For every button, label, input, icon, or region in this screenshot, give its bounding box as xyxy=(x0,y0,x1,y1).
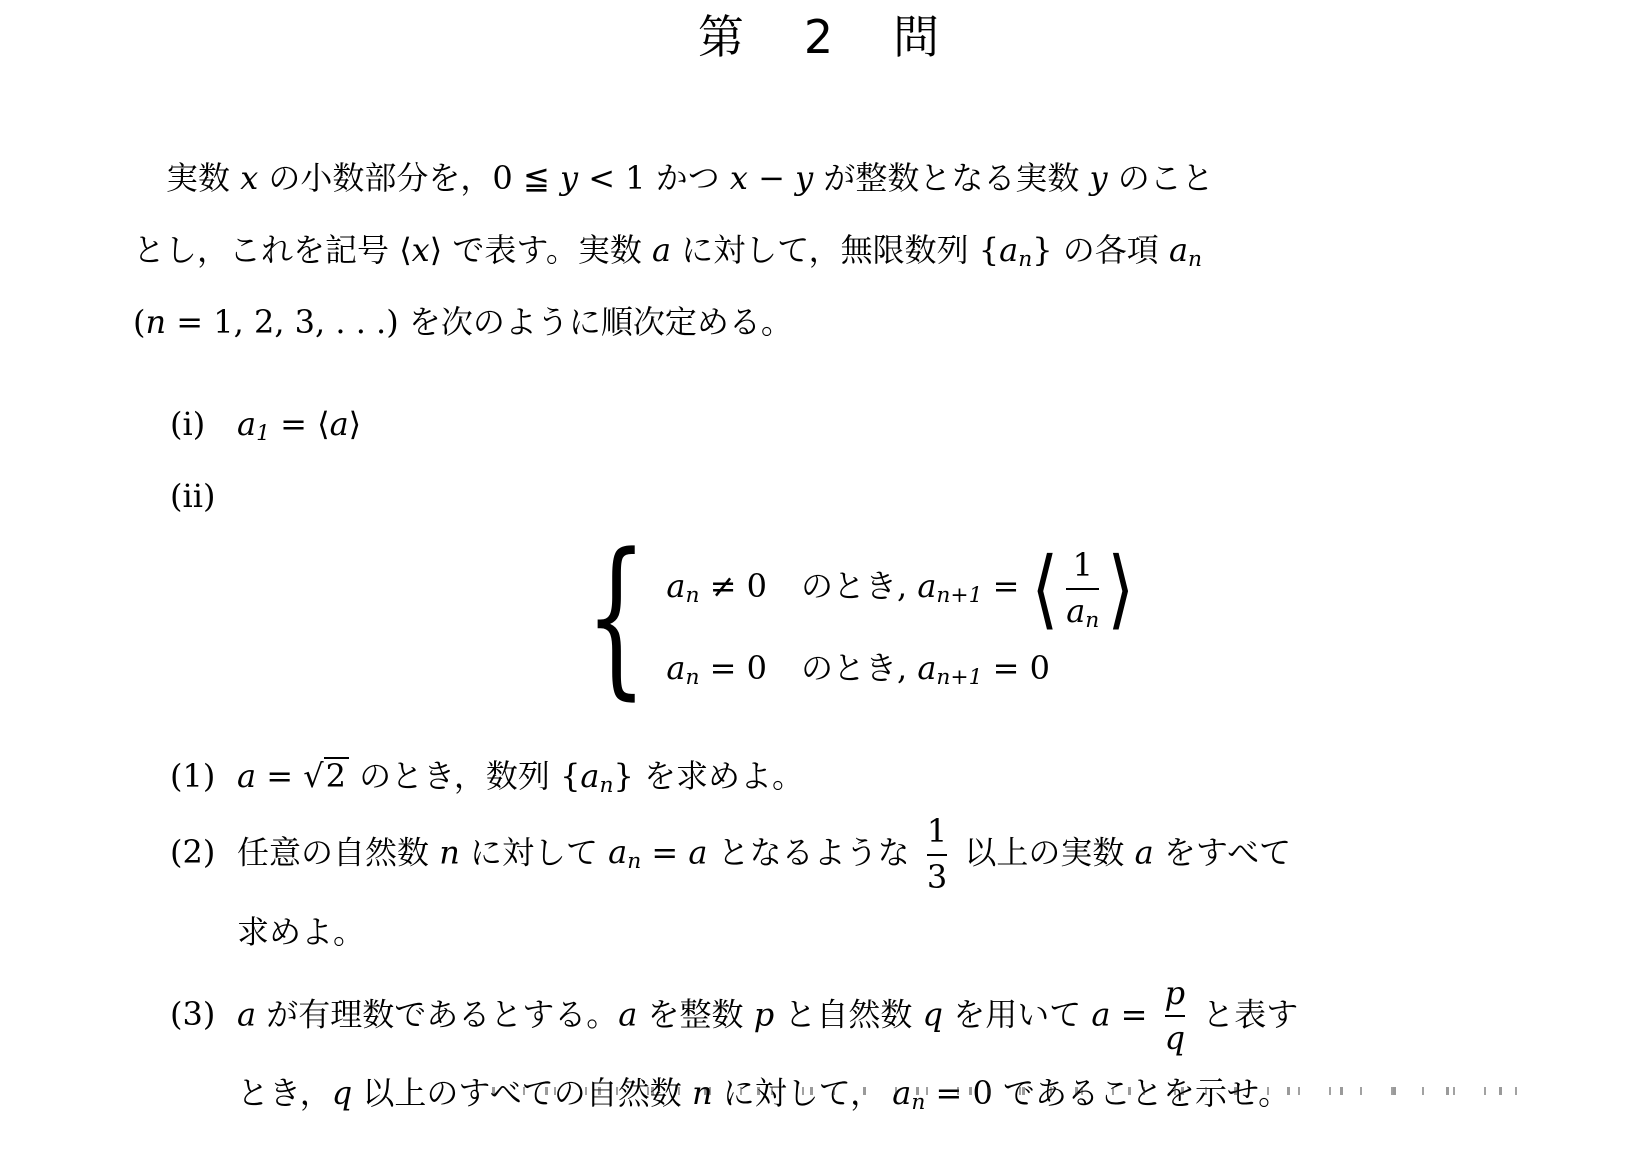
comma: , xyxy=(897,649,917,687)
text-run: となるような xyxy=(707,833,919,871)
text-run-continuation: 求めよ。 xyxy=(237,913,365,951)
comma: , xyxy=(897,567,917,605)
math-var-a: a xyxy=(666,649,685,687)
math-var-a: a xyxy=(1169,231,1188,269)
fraction-numerator: 1 xyxy=(1073,548,1093,584)
definition-items: (i)a1 = ⟨a⟩ (ii) { an ≠ 0のとき, an+1 = ⟨1a… xyxy=(133,388,1493,1129)
title-problem-number: 2 xyxy=(804,10,833,64)
right-brace: } xyxy=(614,757,634,795)
math-var-x: x xyxy=(412,231,430,269)
seq-term-an: an xyxy=(580,757,613,795)
fraction-denominator-q: q xyxy=(1165,1021,1185,1057)
radical-sign: √ xyxy=(303,757,323,795)
math-var-x: x xyxy=(240,159,258,197)
equals-sign: = xyxy=(256,757,303,795)
item-label: (1) xyxy=(170,740,237,812)
radicand: 2 xyxy=(324,757,349,794)
math-run: < 1 xyxy=(578,159,656,197)
text-run: が有理数であるとする。 xyxy=(256,995,618,1033)
fraction-denominator-an: an xyxy=(1066,594,1099,630)
math-var-a: a xyxy=(652,231,671,269)
definition-item-i: (i)a1 = ⟨a⟩ xyxy=(133,388,1493,460)
intro-line-1: 実数 x の小数部分を，0 ≦ y < 1 かつ x − y が整数となる実数 … xyxy=(133,142,1493,214)
text-run: を用いて xyxy=(943,995,1091,1033)
item-label: (i) xyxy=(170,388,237,460)
clipped-next-line-fragments xyxy=(492,1087,1534,1095)
seq-term-an1: an+1 xyxy=(917,649,982,687)
subscript-1: 1 xyxy=(256,421,270,446)
problem-body: 実数 x の小数部分を，0 ≦ y < 1 かつ x − y が整数となる実数 … xyxy=(133,142,1493,1129)
fraction-numerator: 1 xyxy=(927,814,947,850)
text-run: 実数 xyxy=(166,159,240,197)
math-var-q: q xyxy=(332,1074,352,1112)
math-var-a: a xyxy=(330,405,349,443)
sqrt-2: √2 xyxy=(303,757,349,795)
fraction-1-over-an: 1an xyxy=(1066,548,1099,630)
intro-line-3: (n = 1, 2, 3, . . .) を次のように順次定める。 xyxy=(133,286,1493,358)
text-run: 以上の実数 xyxy=(954,833,1134,871)
item-label: (2) xyxy=(170,816,237,888)
subscript-n: n xyxy=(685,583,699,608)
seq-term-an: an xyxy=(666,567,699,605)
math-run: 0 ≦ xyxy=(492,159,560,197)
math-var-a: a xyxy=(917,567,936,605)
title-char-mon: 問 xyxy=(893,10,939,64)
title-char-dai: 第 xyxy=(698,10,744,64)
fraction-numerator-p: p xyxy=(1165,976,1185,1012)
definition-item-ii-label: (ii) xyxy=(133,460,1493,532)
intro-line-2: とし，これを記号 ⟨x⟩ で表す。実数 a に対して，無限数列 {an} の各項… xyxy=(133,214,1493,286)
text-run: が整数となる実数 xyxy=(813,159,1089,197)
text-run: と表す xyxy=(1192,995,1298,1033)
math-var-n: n xyxy=(439,833,460,871)
math-var-a: a xyxy=(237,757,256,795)
big-left-angle-bracket: ⟨ xyxy=(1031,546,1058,632)
left-brace: { xyxy=(560,757,580,795)
item-label: (3) xyxy=(170,978,237,1050)
big-right-angle-bracket: ⟩ xyxy=(1108,546,1135,632)
fraction-1-over-3: 13 xyxy=(927,814,947,896)
item-label: (ii) xyxy=(170,460,237,532)
math-var-a: a xyxy=(237,995,256,1033)
right-angle-bracket: ⟩ xyxy=(430,231,442,269)
subscript-n-plus-1: n+1 xyxy=(936,583,982,608)
text-run: のこと xyxy=(1108,159,1214,197)
text-run: で表す。実数 xyxy=(442,231,652,269)
text-run: を求めよ。 xyxy=(634,757,804,795)
math-var-a: a xyxy=(618,995,637,1033)
math-var-y: y xyxy=(560,159,578,197)
fraction-p-over-q: pq xyxy=(1165,976,1185,1058)
seq-term-an: an xyxy=(608,833,641,871)
right-brace: } xyxy=(1032,231,1052,269)
text-run: 任意の自然数 xyxy=(237,833,439,871)
text-run: のとき，数列 xyxy=(349,757,560,795)
exam-page: 第2問 実数 x の小数部分を，0 ≦ y < 1 かつ x − y が整数とな… xyxy=(0,0,1637,1162)
right-angle-bracket: ⟩ xyxy=(349,405,361,443)
subscript-n: n xyxy=(600,773,614,798)
math-var-q: q xyxy=(923,995,943,1033)
minus-sign: − xyxy=(748,159,795,197)
left-angle-bracket: ⟨ xyxy=(399,231,411,269)
math-var-a: a xyxy=(237,405,256,443)
math-var-y: y xyxy=(795,159,813,197)
text-run: に対して，無限数列 xyxy=(671,231,979,269)
equals-sign: = xyxy=(641,833,688,871)
cases-row-1: an ≠ 0のとき, an+1 = ⟨1an⟩ xyxy=(666,536,1136,636)
text-run-continuation: とき， xyxy=(237,1074,332,1112)
equals-zero: = 0 xyxy=(982,649,1050,687)
big-left-curly-brace: { xyxy=(586,533,647,703)
subscript-n: n xyxy=(627,850,641,875)
math-var-n: n xyxy=(145,303,166,341)
cases-row-2: an = 0のとき, an+1 = 0 xyxy=(666,636,1136,700)
text-run: の小数部分を， xyxy=(258,159,492,197)
cases-rows: an ≠ 0のとき, an+1 = ⟨1an⟩ an = 0のとき, an+1 … xyxy=(666,536,1136,700)
seq-term-an1: an+1 xyxy=(917,567,982,605)
math-var-x: x xyxy=(730,159,748,197)
equals-sign: = xyxy=(982,567,1029,605)
seq-term-a1: a1 xyxy=(237,405,270,443)
fraction-bar xyxy=(1165,1015,1185,1017)
text-run: の各項 xyxy=(1053,231,1169,269)
not-equal-zero: ≠ 0 xyxy=(699,567,767,605)
subscript-n: n xyxy=(1018,247,1032,272)
subscript-n: n xyxy=(1188,247,1202,272)
equals-sign: = xyxy=(1110,995,1157,1033)
text-run: を整数 xyxy=(637,995,753,1033)
question-1: (1)a = √2 のとき，数列 {an} を求めよ。 xyxy=(133,740,1493,812)
question-3: (3)a が有理数であるとする。a を整数 p と自然数 q を用いて a = … xyxy=(133,976,1493,1130)
text-run: と自然数 xyxy=(774,995,922,1033)
text-when: のとき xyxy=(801,649,897,687)
left-brace: { xyxy=(979,231,999,269)
cases-block: { an ≠ 0のとき, an+1 = ⟨1an⟩ an = 0のとき, an+… xyxy=(578,536,1493,700)
math-var-a: a xyxy=(580,757,599,795)
math-var-y: y xyxy=(1090,159,1108,197)
equals-zero: = 0 xyxy=(699,649,767,687)
subscript-n: n xyxy=(1085,608,1099,633)
fraction-bar xyxy=(1066,588,1099,590)
intro-paragraph: 実数 x の小数部分を，0 ≦ y < 1 かつ x − y が整数となる実数 … xyxy=(133,142,1493,358)
text-run: かつ xyxy=(656,159,730,197)
math-var-p: p xyxy=(754,995,774,1033)
math-var-a: a xyxy=(666,567,685,605)
seq-term-an: an xyxy=(666,649,699,687)
left-angle-bracket: ⟨ xyxy=(317,405,329,443)
question-2: (2)任意の自然数 n に対して an = a となるような 13 以上の実数 … xyxy=(133,814,1493,968)
math-run: = 1, 2, 3, . . .) xyxy=(166,303,409,341)
seq-term-an: an xyxy=(999,231,1032,269)
fraction-denominator: 3 xyxy=(927,860,947,896)
seq-term-an: an xyxy=(1169,231,1202,269)
page-title: 第2問 xyxy=(0,0,1637,64)
math-var-a: a xyxy=(999,231,1018,269)
left-paren: ( xyxy=(133,303,145,341)
math-var-a: a xyxy=(1066,592,1085,630)
text-run: とし，これを記号 xyxy=(133,231,399,269)
math-var-a: a xyxy=(1091,995,1110,1033)
subscript-n: n xyxy=(685,665,699,690)
text-run: を次のように順次定める。 xyxy=(409,303,793,341)
equals-sign: = xyxy=(270,405,317,443)
fraction-bar xyxy=(927,854,947,856)
subscript-n-plus-1: n+1 xyxy=(936,665,982,690)
text-when: のとき xyxy=(801,567,897,605)
text-run: に対して xyxy=(460,833,608,871)
text-run: をすべて xyxy=(1154,833,1292,871)
math-var-a: a xyxy=(917,649,936,687)
math-var-a: a xyxy=(1135,833,1154,871)
math-var-a: a xyxy=(688,833,707,871)
math-var-a: a xyxy=(608,833,627,871)
